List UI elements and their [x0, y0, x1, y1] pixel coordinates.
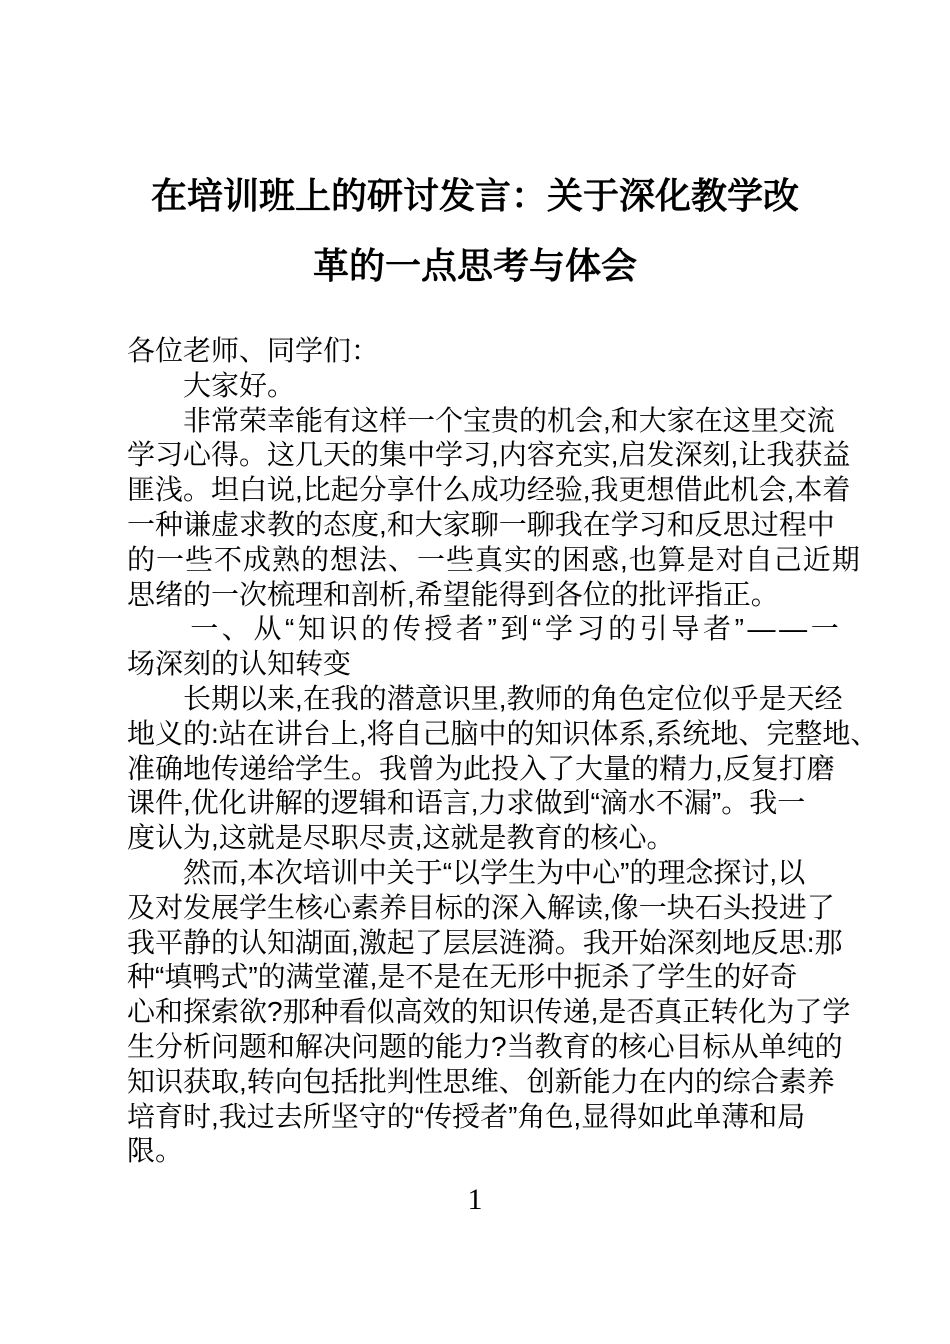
body-line: 知识获取,转向包括批判性思维、创新能力在内的综合素养	[127, 1065, 867, 1100]
body-line: 非常荣幸能有这样一个宝贵的机会,和大家在这里交流	[127, 404, 867, 439]
body-line: 一种谦虚求教的态度,和大家聊一聊我在学习和反思过程中	[127, 508, 867, 543]
body-line: 一、从“知识的传授者”到“学习的引导者”——一	[127, 612, 867, 647]
body-line: 生分析问题和解决问题的能力?当教育的核心目标从单纯的	[127, 1030, 867, 1065]
body-line: 场深刻的认知转变	[127, 647, 867, 682]
body-line: 我平静的认知湖面,激起了层层涟漪。我开始深刻地反思:那	[127, 926, 867, 961]
page-number: 1	[0, 1183, 950, 1217]
body-line: 度认为,这就是尽职尽责,这就是教育的核心。	[127, 821, 867, 856]
body-line: 匪浅。坦白说,比起分享什么成功经验,我更想借此机会,本着	[127, 473, 867, 508]
body-line: 的一些不成熟的想法、一些真实的困惑,也算是对自己近期	[127, 543, 867, 578]
body-line: 课件,优化讲解的逻辑和语言,力求做到“滴水不漏”。我一	[127, 786, 867, 821]
title-line-1: 在培训班上的研讨发言：关于深化教学改	[0, 161, 950, 231]
body-line: 长期以来,在我的潜意识里,教师的角色定位似乎是天经	[127, 682, 867, 717]
body-line: 各位老师、同学们：	[127, 334, 867, 369]
document-body: 各位老师、同学们： 大家好。 非常荣幸能有这样一个宝贵的机会,和大家在这里交流学…	[127, 334, 867, 1169]
document-title: 在培训班上的研讨发言：关于深化教学改 革的一点思考与体会	[0, 161, 950, 301]
body-line: 然而,本次培训中关于“以学生为中心”的理念探讨,以	[127, 856, 867, 891]
body-line: 准确地传递给学生。我曾为此投入了大量的精力,反复打磨	[127, 752, 867, 787]
body-line: 限。	[127, 1134, 867, 1169]
body-line: 大家好。	[127, 369, 867, 404]
body-line: 地义的:站在讲台上,将自己脑中的知识体系,系统地、完整地、	[127, 717, 867, 752]
body-line: 及对发展学生核心素养目标的深入解读,像一块石头投进了	[127, 891, 867, 926]
document-page: 在培训班上的研讨发言：关于深化教学改 革的一点思考与体会 各位老师、同学们： 大…	[0, 0, 950, 1344]
body-line: 学习心得。这几天的集中学习,内容充实,启发深刻,让我获益	[127, 438, 867, 473]
body-line: 心和探索欲?那种看似高效的知识传递,是否真正转化为了学	[127, 995, 867, 1030]
body-line: 思绪的一次梳理和剖析,希望能得到各位的批评指正。	[127, 578, 867, 613]
title-line-2: 革的一点思考与体会	[0, 231, 950, 301]
body-line: 培育时,我过去所坚守的“传授者”角色,显得如此单薄和局	[127, 1100, 867, 1135]
body-line: 种“填鸭式”的满堂灌,是不是在无形中扼杀了学生的好奇	[127, 960, 867, 995]
